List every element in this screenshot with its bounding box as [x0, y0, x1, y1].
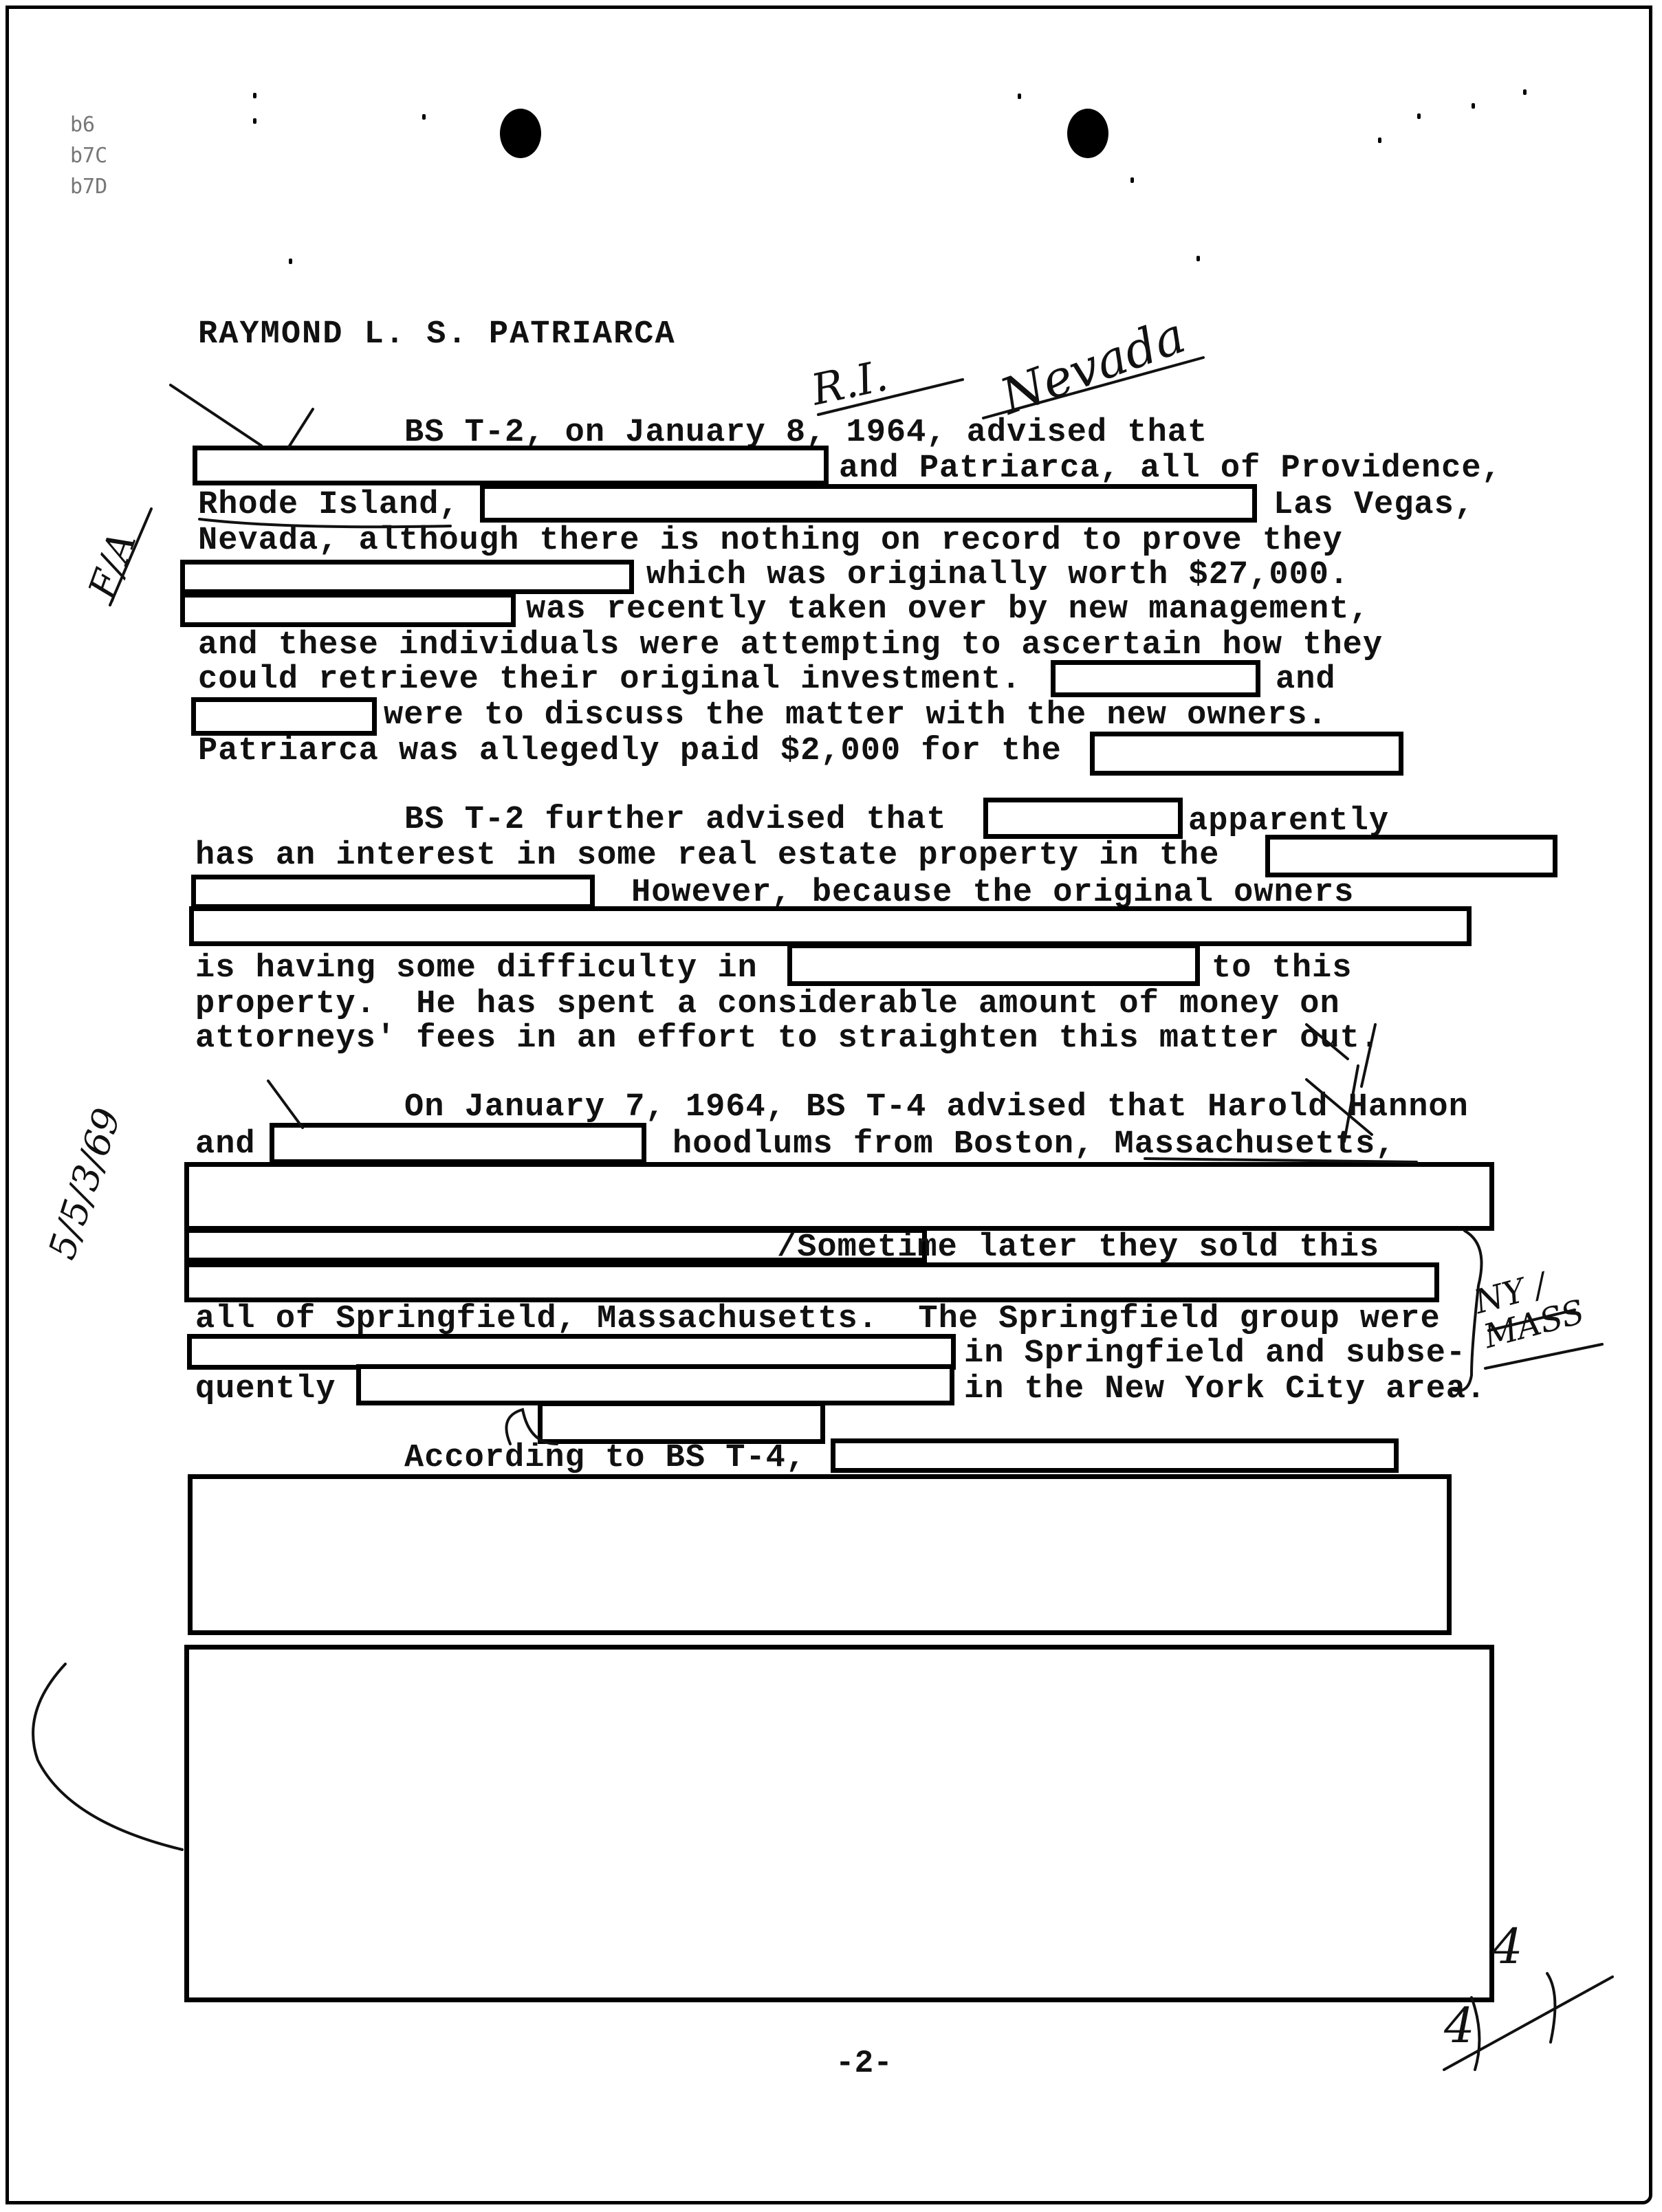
handwriting-strokes [0, 0, 1662, 2212]
